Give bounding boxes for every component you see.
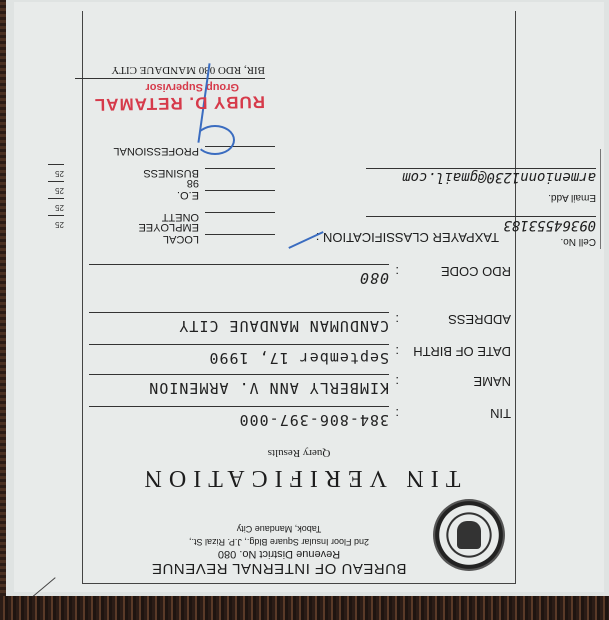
email-value: armenionn1230@gmail.com [366, 168, 596, 185]
signature-block: RUBY D. RETAMAL Group Supervisor BIR, RD… [65, 64, 265, 113]
side-margin-marks: 25 25 25 25 [48, 164, 64, 232]
field-address: ADDRESS: CANDUMAN MANDAUE CITY [91, 307, 511, 329]
field-rdo-code: RDO CODE: 080 [91, 259, 511, 281]
email-label: Email Add. [548, 192, 596, 203]
tin-verification-form: BUREAU OF INTERNAL REVENUE Revenue Distr… [14, 2, 604, 592]
office-address-2: Tabok, Mandaue City [83, 522, 475, 535]
agency-name: BUREAU OF INTERNAL REVENUE [83, 560, 475, 577]
form-border: BUREAU OF INTERNAL REVENUE Revenue Distr… [82, 11, 516, 584]
form-header: BUREAU OF INTERNAL REVENUE Revenue Distr… [83, 522, 515, 577]
field-tin: TIN: 384-806-397-000 [91, 401, 511, 423]
field-dob: DATE OF BIRTH: September 17, 1990 [91, 339, 511, 361]
contact-box: Cell No. 09364553183 Email Add. armenion… [300, 149, 601, 249]
cell-value: 09364553183 [366, 216, 596, 233]
office-address-1: 2nd Floor Insular Square Bldg., J.P. Riz… [83, 535, 475, 548]
field-name: NAME: KIMBERLY ANN V. ARMENION [91, 369, 511, 391]
dob-value: September 17, 1990 [89, 344, 389, 367]
tin-value: 384-806-397-000 [89, 406, 389, 429]
address-value: CANDUMAN MANDAUE CITY [89, 312, 389, 335]
office-name: BIR, RDO 080 MANDAUE CITY [65, 64, 265, 76]
cell-label: Cell No. [560, 236, 596, 247]
name-value: KIMBERLY ANN V. ARMENION [89, 374, 389, 397]
document-subtitle: Query Results [83, 447, 515, 459]
district-name: Revenue District No. 080 [83, 548, 475, 560]
signature-line [75, 78, 265, 79]
document-title: TIN VERIFICATION [83, 464, 515, 491]
background-fabric-bottom [0, 596, 609, 620]
stamp-name: RUBY D. RETAMAL [65, 91, 265, 114]
rdo-code-value: 080 [89, 264, 389, 287]
